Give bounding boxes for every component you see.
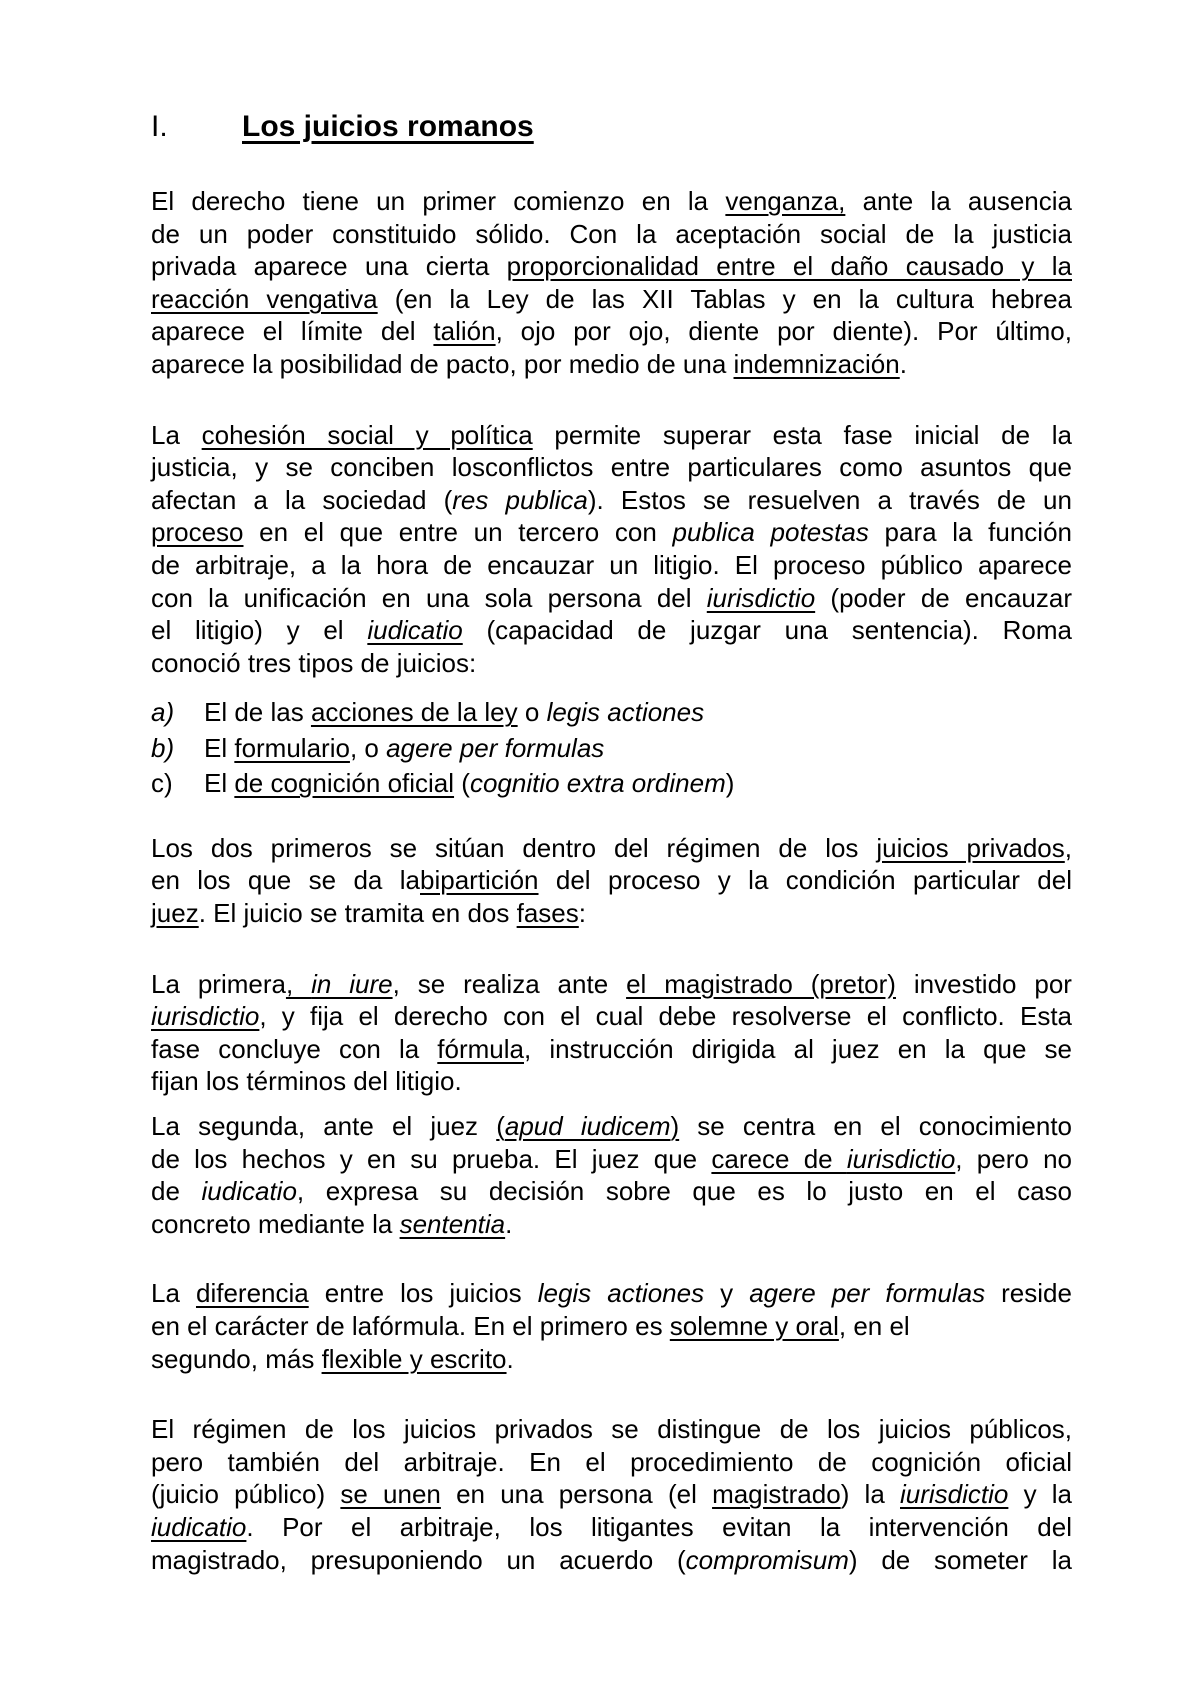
text-segment: . xyxy=(505,1209,512,1239)
paragraph-second-phase: La segunda, ante el juez (apud iudicem) … xyxy=(151,1110,1072,1240)
text-segment: legis actiones xyxy=(547,697,705,727)
text-segment: publica potestas xyxy=(672,517,868,547)
text-segment: El derecho tiene un primer comienzo en l… xyxy=(151,186,725,216)
text-line: conoció tres tipos de juicios: xyxy=(151,647,1072,680)
text-segment: , expresa su decisión sobre que es lo ju… xyxy=(297,1176,1072,1206)
text-segment: ( xyxy=(454,768,470,798)
text-segment: flexible y escrito xyxy=(322,1344,507,1374)
text-segment: diferencia xyxy=(196,1278,309,1308)
text-segment: entre los juicios xyxy=(309,1278,538,1308)
text-segment: privada aparece una cierta xyxy=(151,251,507,281)
list-marker: a) xyxy=(151,695,174,731)
paragraph-private-trials: Los dos primeros se sitúan dentro del ré… xyxy=(151,832,1072,930)
text-segment: La segunda, ante el juez xyxy=(151,1111,496,1141)
text-segment: . xyxy=(900,349,907,379)
text-segment: concreto mediante la xyxy=(151,1209,400,1239)
text-line: El derecho tiene un primer comienzo en l… xyxy=(151,185,1072,218)
text-segment: y la xyxy=(1008,1479,1072,1509)
text-line: b)El formulario, o agere per formulas xyxy=(151,731,1072,767)
text-segment: ) xyxy=(726,768,735,798)
document-page: I.Los juicios romanos El derecho tiene u… xyxy=(0,0,1200,1698)
text-segment: . Por el arbitraje, los litigantes evita… xyxy=(246,1512,1072,1542)
text-segment: iudicatio xyxy=(151,1512,246,1542)
text-line: La diferencia entre los juicios legis ac… xyxy=(151,1277,1072,1310)
text-line: La primera, in iure, se realiza ante el … xyxy=(151,968,1072,1001)
text-segment: segundo, más xyxy=(151,1344,322,1374)
text-segment: en los que se da la xyxy=(151,865,420,895)
text-segment: apud iudicem xyxy=(505,1111,671,1141)
text-segment: cohesión social y política xyxy=(202,420,533,450)
text-segment: compromisum xyxy=(686,1545,849,1575)
text-segment: La xyxy=(151,420,202,450)
text-segment: , ojo por ojo, diente por diente). Por ú… xyxy=(496,316,1072,346)
text-segment: El régimen de los juicios privados se di… xyxy=(151,1414,1072,1444)
text-line: El régimen de los juicios privados se di… xyxy=(151,1413,1072,1446)
text-segment: juez xyxy=(151,898,199,928)
text-line: segundo, más flexible y escrito. xyxy=(151,1343,1072,1376)
text-segment: legis actiones xyxy=(538,1278,704,1308)
text-line: en el carácter de lafórmula. En el prime… xyxy=(151,1310,1072,1343)
text-segment: aparece el límite del xyxy=(151,316,433,346)
text-line: de los hechos y en su prueba. El juez qu… xyxy=(151,1143,1072,1176)
text-line: pero también del arbitraje. En el proced… xyxy=(151,1446,1072,1479)
text-segment: venganza, xyxy=(725,186,845,216)
text-segment: (capacidad de juzgar una sentencia). Rom… xyxy=(463,615,1072,645)
text-segment: fase concluye con la xyxy=(151,1034,437,1064)
text-segment: ) la xyxy=(841,1479,900,1509)
text-segment: . El juicio se tramita en dos xyxy=(199,898,517,928)
text-segment: fórmula xyxy=(437,1034,524,1064)
text-segment: permite superar esta fase inicial de la xyxy=(533,420,1072,450)
text-segment: el magistrado (pretor) xyxy=(626,969,896,999)
text-segment: ) xyxy=(670,1111,679,1141)
text-segment: (en la Ley de las XII Tablas y en la cul… xyxy=(378,284,1072,314)
text-segment: el litigio) y el xyxy=(151,615,367,645)
text-segment: de un poder constituido sólido. Con la a… xyxy=(151,219,1072,249)
text-segment: agere per formulas xyxy=(386,733,604,763)
text-line: reacción vengativa (en la Ley de las XII… xyxy=(151,283,1072,316)
text-line: fijan los términos del litigio. xyxy=(151,1065,1072,1098)
text-segment: aparece la posibilidad de pacto, por med… xyxy=(151,349,734,379)
text-line: en los que se da labipartición del proce… xyxy=(151,864,1072,897)
text-line: de iudicatio, expresa su decisión sobre … xyxy=(151,1175,1072,1208)
text-segment: investido por xyxy=(896,969,1072,999)
text-line: con la unificación en una sola persona d… xyxy=(151,582,1072,615)
text-segment: , o xyxy=(350,733,386,763)
text-line: de un poder constituido sólido. Con la a… xyxy=(151,218,1072,251)
text-segment: de xyxy=(151,1176,202,1206)
text-segment: , instrucción dirigida al juez en la que… xyxy=(524,1034,1072,1064)
text-segment: de cognición oficial xyxy=(234,768,454,798)
text-segment: del proceso y la condición particular de… xyxy=(539,865,1072,895)
text-line: magistrado, presuponiendo un acuerdo (co… xyxy=(151,1544,1072,1577)
page-title: Los juicios romanos xyxy=(242,110,534,143)
text-line: el litigio) y el iudicatio (capacidad de… xyxy=(151,614,1072,647)
text-segment: El xyxy=(204,768,234,798)
text-segment: en el que entre un tercero con xyxy=(244,517,673,547)
text-segment: , se realiza ante xyxy=(393,969,626,999)
text-line: a)El de las acciones de la ley o legis a… xyxy=(151,695,1072,731)
text-segment: iurisdictio xyxy=(900,1479,1008,1509)
text-segment: , en el xyxy=(839,1311,910,1341)
text-segment: , xyxy=(1065,833,1072,863)
text-segment: pero también del arbitraje. En el proced… xyxy=(151,1447,1072,1477)
paragraph-vengeance: El derecho tiene un primer comienzo en l… xyxy=(151,185,1072,381)
trial-types-list: a)El de las acciones de la ley o legis a… xyxy=(151,695,1072,802)
text-segment: formulario xyxy=(234,733,350,763)
text-segment: solemne y oral xyxy=(670,1311,839,1341)
list-marker: c) xyxy=(151,766,173,802)
text-segment: carece de xyxy=(711,1144,847,1174)
text-segment: iurisdictio xyxy=(847,1144,955,1174)
text-segment: magistrado, presuponiendo un acuerdo ( xyxy=(151,1545,686,1575)
text-segment: afectan a la sociedad ( xyxy=(151,485,452,515)
text-segment: El de las xyxy=(204,697,311,727)
text-segment: La xyxy=(151,1278,196,1308)
text-segment: : xyxy=(579,898,586,928)
text-line: justicia, y se conciben losconflictos en… xyxy=(151,451,1072,484)
text-segment: iudicatio xyxy=(367,615,462,645)
text-segment: (juicio público) xyxy=(151,1479,340,1509)
paragraph-cohesion: La cohesión social y política permite su… xyxy=(151,419,1072,680)
text-segment: en el carácter de lafórmula. En el prime… xyxy=(151,1311,670,1341)
text-segment: o xyxy=(518,697,547,727)
text-segment: magistrado xyxy=(712,1479,841,1509)
text-segment: reside xyxy=(985,1278,1072,1308)
text-segment: se unen xyxy=(340,1479,441,1509)
text-segment: proceso xyxy=(151,517,244,547)
list-marker: b) xyxy=(151,731,174,767)
text-segment: de los hechos y en su prueba. El juez qu… xyxy=(151,1144,711,1174)
text-segment: agere per formulas xyxy=(749,1278,985,1308)
text-line: privada aparece una cierta proporcionali… xyxy=(151,250,1072,283)
text-segment: , pero no xyxy=(955,1144,1072,1174)
text-line: concreto mediante la sententia. xyxy=(151,1208,1072,1241)
text-segment: de arbitraje, a la hora de encauzar un l… xyxy=(151,550,1072,580)
text-segment: indemnización xyxy=(734,349,900,379)
text-segment: proporcionalidad entre el daño causado y… xyxy=(507,251,1072,281)
text-line: (juicio público) se unen en una persona … xyxy=(151,1478,1072,1511)
text-segment: , y fija el derecho con el cual debe res… xyxy=(259,1001,1072,1031)
text-segment: iurisdictio xyxy=(707,583,815,613)
text-segment: talión xyxy=(433,316,495,346)
text-segment: res publica xyxy=(452,485,588,515)
text-segment: cognitio extra ordinem xyxy=(470,768,726,798)
text-line: de arbitraje, a la hora de encauzar un l… xyxy=(151,549,1072,582)
text-segment: bipartición xyxy=(420,865,539,895)
section-heading: I.Los juicios romanos xyxy=(151,108,1072,146)
text-segment: con la unificación en una sola persona d… xyxy=(151,583,707,613)
text-segment: ). Estos se resuelven a través de un xyxy=(588,485,1072,515)
text-line: juez. El juicio se tramita en dos fases: xyxy=(151,897,1072,930)
text-segment: fases xyxy=(517,898,579,928)
paragraph-difference: La diferencia entre los juicios legis ac… xyxy=(151,1277,1072,1375)
text-segment: ante la ausencia xyxy=(845,186,1072,216)
text-segment: acciones de la ley xyxy=(311,697,518,727)
text-segment: (poder de encauzar xyxy=(815,583,1072,613)
text-segment: en una persona (el xyxy=(441,1479,712,1509)
text-segment: para la función xyxy=(869,517,1072,547)
text-line: aparece la posibilidad de pacto, por med… xyxy=(151,348,1072,381)
text-segment: La primera xyxy=(151,969,286,999)
text-segment: y xyxy=(704,1278,749,1308)
text-segment: conoció tres tipos de juicios: xyxy=(151,648,476,678)
paragraph-first-phase: La primera, in iure, se realiza ante el … xyxy=(151,968,1072,1098)
text-line: proceso en el que entre un tercero con p… xyxy=(151,516,1072,549)
text-segment: juicios privados xyxy=(876,833,1064,863)
text-segment: sententia xyxy=(400,1209,506,1239)
text-segment: El xyxy=(204,733,234,763)
text-line: iudicatio. Por el arbitraje, los litigan… xyxy=(151,1511,1072,1544)
text-segment: Los dos primeros se sitúan dentro del ré… xyxy=(151,833,876,863)
text-segment: justicia, y se conciben losconflictos en… xyxy=(151,452,1072,482)
text-segment: . xyxy=(507,1344,514,1374)
text-segment: iurisdictio xyxy=(151,1001,259,1031)
text-line: aparece el límite del talión, ojo por oj… xyxy=(151,315,1072,348)
text-segment: reacción vengativa xyxy=(151,284,378,314)
text-segment: ) de someter la xyxy=(849,1545,1072,1575)
text-segment: , xyxy=(286,969,311,999)
text-segment: fijan los términos del litigio. xyxy=(151,1066,462,1096)
paragraph-regime: El régimen de los juicios privados se di… xyxy=(151,1413,1072,1576)
text-line: Los dos primeros se sitúan dentro del ré… xyxy=(151,832,1072,865)
text-segment: ( xyxy=(496,1111,505,1141)
section-number: I. xyxy=(151,108,242,146)
text-segment: in iure xyxy=(311,969,393,999)
text-line: La cohesión social y política permite su… xyxy=(151,419,1072,452)
text-segment: se centra en el conocimiento xyxy=(679,1111,1072,1141)
text-line: La segunda, ante el juez (apud iudicem) … xyxy=(151,1110,1072,1143)
text-segment: iudicatio xyxy=(202,1176,297,1206)
text-line: c)El de cognición oficial (cognitio extr… xyxy=(151,766,1072,802)
text-line: fase concluye con la fórmula, instrucció… xyxy=(151,1033,1072,1066)
text-line: afectan a la sociedad (res publica). Est… xyxy=(151,484,1072,517)
text-line: iurisdictio, y fija el derecho con el cu… xyxy=(151,1000,1072,1033)
